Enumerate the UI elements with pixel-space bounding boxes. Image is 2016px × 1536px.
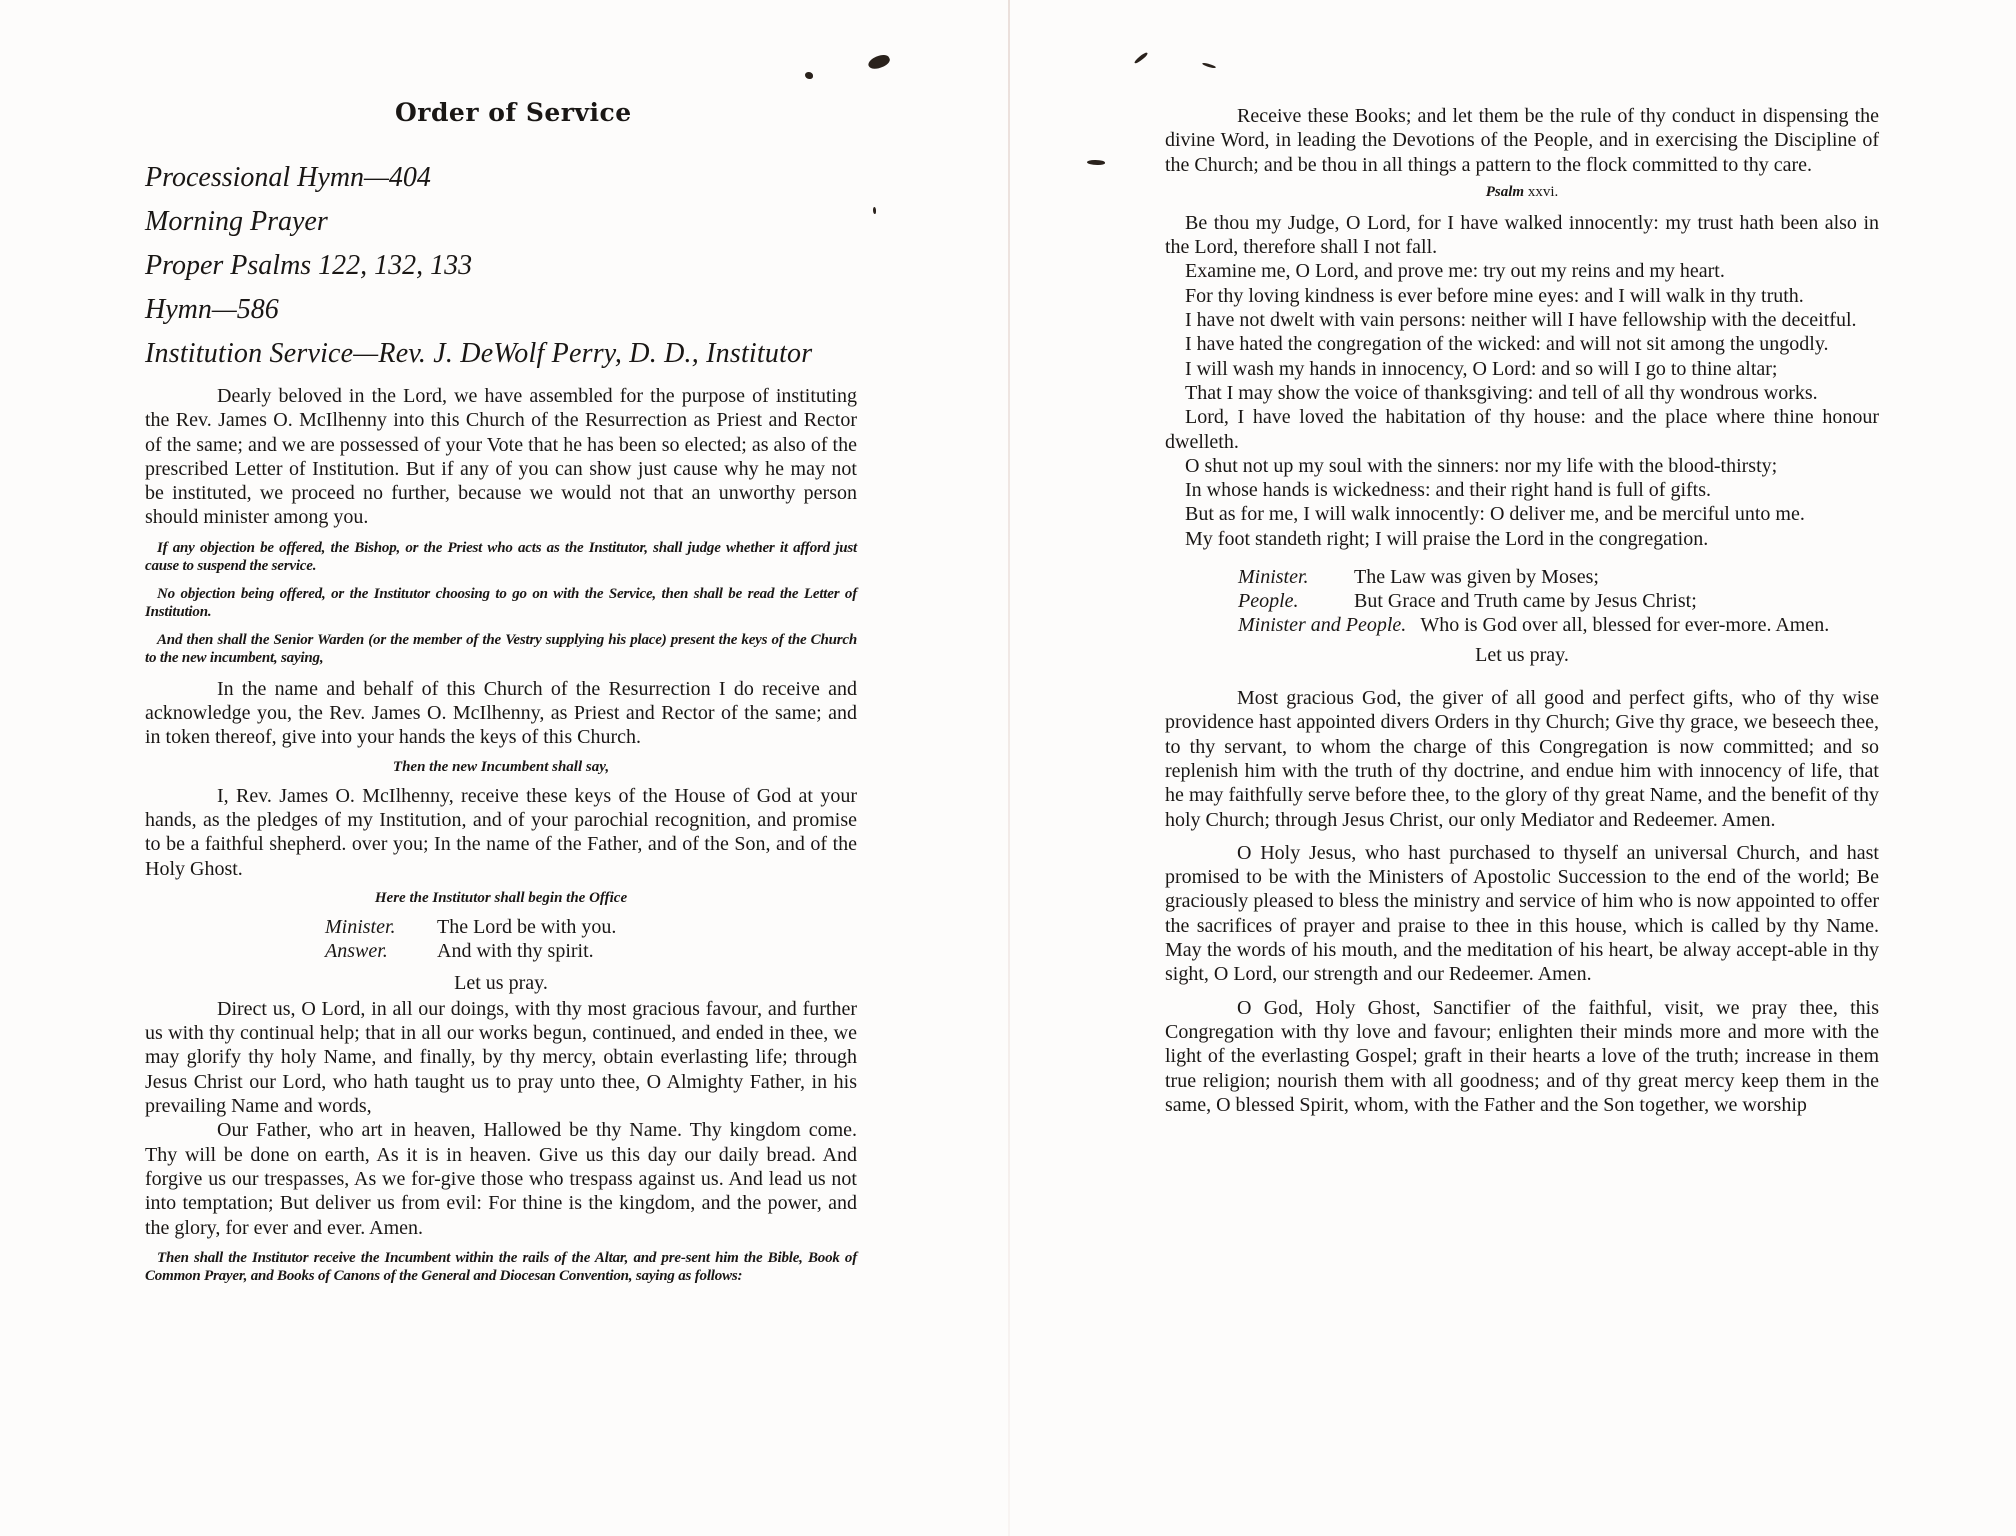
psalm-verse: My foot standeth right; I will praise th… <box>1165 527 1879 551</box>
versicle-text: And with thy spirit. <box>437 940 594 962</box>
rubric-office: Here the Institutor shall begin the Offi… <box>145 889 857 907</box>
psalm-verse: For thy loving kindness is ever before m… <box>1165 284 1879 308</box>
response: People.But Grace and Truth came by Jesus… <box>1165 589 1879 613</box>
order-item: Processional Hymn—404 <box>145 156 812 200</box>
ink-blot <box>873 207 876 214</box>
response-text: But Grace and Truth came by Jesus Christ… <box>1354 590 1697 612</box>
response: Minister.The Law was given by Moses; <box>1165 565 1879 589</box>
collect-direct-us: Direct us, O Lord, in all our doings, wi… <box>145 997 857 1118</box>
rubric-no-objection: No objection being offered, or the Insti… <box>145 585 857 622</box>
ink-blot <box>1202 62 1216 69</box>
ink-blot <box>1134 51 1149 64</box>
prayer-holy-jesus: O Holy Jesus, who hast purchased to thys… <box>1165 841 1879 987</box>
versicle: Answer.And with thy spirit. <box>145 939 857 963</box>
left-body: Dearly beloved in the Lord, we have asse… <box>145 384 857 1286</box>
psalm-verse: In whose hands is wickedness: and their … <box>1165 478 1879 502</box>
order-item: Institution Service—Rev. J. DeWolf Perry… <box>145 332 812 376</box>
ink-blot <box>805 72 813 79</box>
response-text: Who is God over all, blessed for ever-mo… <box>1420 614 1829 636</box>
rubric-books: Then shall the Institutor receive the In… <box>145 1249 857 1286</box>
psalm-verse: That I may show the voice of thanksgivin… <box>1165 381 1879 405</box>
page-title: Order of Service <box>395 98 632 127</box>
rubric-warden: And then shall the Senior Warden (or the… <box>145 631 857 668</box>
receive-books: Receive these Books; and let them be the… <box>1165 104 1879 177</box>
versicle: Minister.The Lord be with you. <box>145 915 857 939</box>
rubric-incumbent: Then the new Incumbent shall say, <box>145 758 857 776</box>
psalm-verse: I will wash my hands in innocency, O Lor… <box>1165 357 1879 381</box>
ink-blot <box>1087 160 1105 165</box>
order-item: Morning Prayer <box>145 200 812 244</box>
rubric-objection: If any objection be offered, the Bishop,… <box>145 539 857 576</box>
let-us-pray: Let us pray. <box>1165 643 1879 667</box>
psalm-verse: But as for me, I will walk innocently: O… <box>1165 502 1879 526</box>
psalm-number: xxvi. <box>1528 184 1558 200</box>
response-speaker: People. <box>1238 589 1354 613</box>
psalm-verse: I have not dwelt with vain persons: neit… <box>1165 308 1879 332</box>
psalm-verses: Be thou my Judge, O Lord, for I have wal… <box>1165 211 1879 551</box>
versicle-speaker: Answer. <box>325 939 437 963</box>
opening-address: Dearly beloved in the Lord, we have asse… <box>145 384 857 530</box>
psalm-heading: Psalm xxvi. <box>1165 183 1879 201</box>
prayer-holy-ghost: O God, Holy Ghost, Sanctifier of the fai… <box>1165 996 1879 1117</box>
response: Minister and People.Who is God over all,… <box>1165 613 1879 637</box>
psalm-verse: Be thou my Judge, O Lord, for I have wal… <box>1165 211 1879 260</box>
psalm-verse: Examine me, O Lord, and prove me: try ou… <box>1165 259 1879 283</box>
order-item: Hymn—586 <box>145 288 812 332</box>
right-body: Receive these Books; and let them be the… <box>1165 104 1879 1117</box>
prayer-most-gracious: Most gracious God, the giver of all good… <box>1165 686 1879 832</box>
psalm-verse: O shut not up my soul with the sinners: … <box>1165 454 1879 478</box>
psalm-verse: I have hated the congregation of the wic… <box>1165 332 1879 356</box>
page-spine-fold <box>1008 0 1010 1536</box>
let-us-pray: Let us pray. <box>145 971 857 995</box>
versicle-speaker: Minister. <box>325 915 437 939</box>
response-text: The Law was given by Moses; <box>1354 566 1599 588</box>
order-of-service-list: Processional Hymn—404 Morning Prayer Pro… <box>145 156 812 376</box>
psalm-label: Psalm <box>1486 184 1524 200</box>
order-item: Proper Psalms 122, 132, 133 <box>145 244 812 288</box>
incumbent-words: I, Rev. James O. McIlhenny, receive thes… <box>145 784 857 881</box>
response-speaker: Minister. <box>1238 565 1354 589</box>
versicle-text: The Lord be with you. <box>437 916 616 938</box>
lords-prayer: Our Father, who art in heaven, Hallowed … <box>145 1118 857 1239</box>
warden-words: In the name and behalf of this Church of… <box>145 677 857 750</box>
response-speaker: Minister and People. <box>1238 613 1406 637</box>
ink-blot <box>866 52 891 72</box>
psalm-verse: Lord, I have loved the habitation of thy… <box>1165 405 1879 454</box>
